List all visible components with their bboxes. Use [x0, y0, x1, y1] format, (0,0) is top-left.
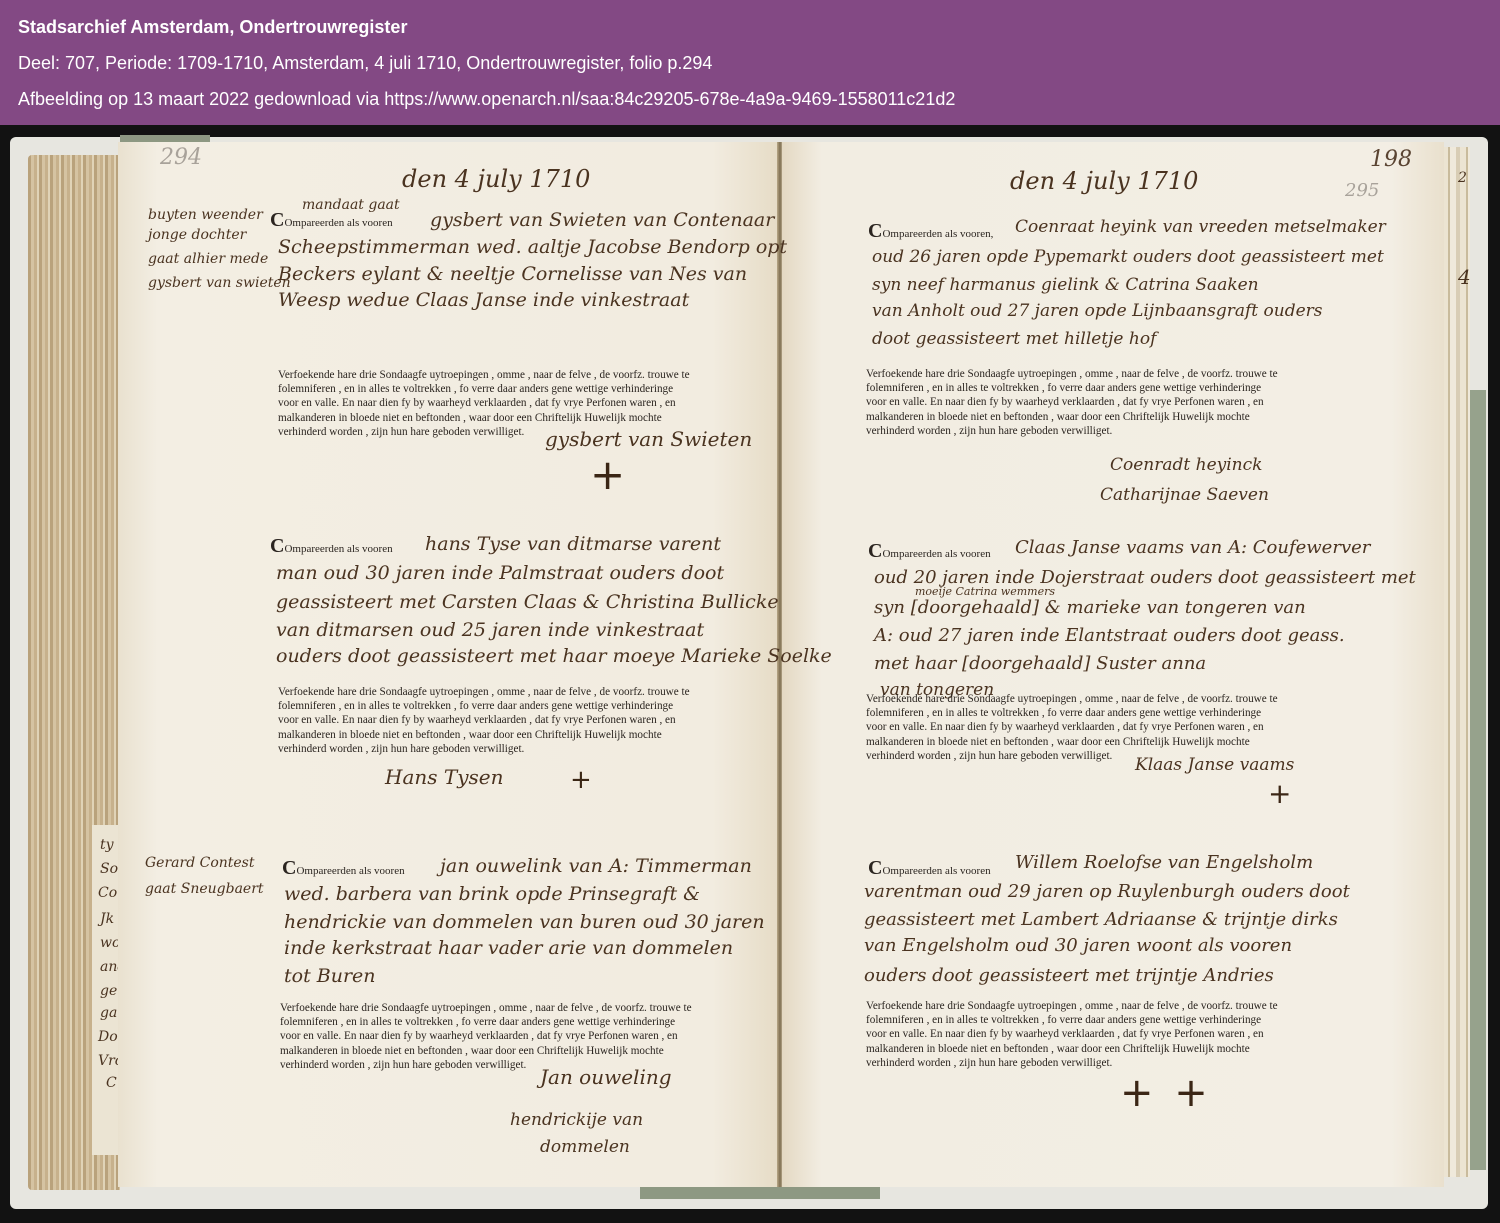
- record-details: Deel: 707, Periode: 1709-1710, Amsterdam…: [18, 53, 712, 74]
- signature: Hans Tysen: [385, 765, 504, 789]
- folio-number: 294: [160, 145, 202, 170]
- compareerden-label: COmpareerden als vooren: [868, 540, 991, 563]
- signature: Klaas Janse vaams: [1135, 755, 1294, 775]
- compareerden-label: COmpareerden als vooren: [282, 857, 405, 880]
- cloth-binding: [1470, 390, 1486, 1170]
- compareerden-label: COmpareerden als vooren: [868, 857, 991, 880]
- entry-date: den 4 july 1710: [1010, 167, 1198, 195]
- edge-mark: 4: [1458, 265, 1471, 289]
- compareerden-label: COmpareerden als vooren,: [868, 220, 993, 243]
- cross-mark: +: [590, 450, 625, 499]
- signature: Coenradt heyinck: [1110, 455, 1262, 475]
- edge-mark: 2: [1458, 170, 1467, 186]
- signature: dommelen: [540, 1137, 630, 1157]
- register-scan: ty So Con Jk wo and ge ga Do Vro C 294 d…: [0, 125, 1500, 1223]
- cross-mark: + +: [1120, 1070, 1212, 1116]
- compareerden-label: COmpareerden als vooren: [270, 535, 393, 558]
- folio-number: 198: [1370, 147, 1412, 172]
- printed-formula: Verfoekende hare drie Sondaagfe uytroepi…: [278, 685, 690, 756]
- cross-mark: +: [1268, 777, 1291, 810]
- signature: Catharijnae Saeven: [1100, 485, 1269, 505]
- cloth-binding: [640, 1185, 880, 1199]
- printed-formula: Verfoekende hare drie Sondaagfe uytroepi…: [866, 367, 1278, 438]
- entry-date: den 4 july 1710: [402, 165, 590, 193]
- pencil-folio-number: 295: [1345, 180, 1379, 201]
- archive-title: Stadsarchief Amsterdam, Ondertrouwregist…: [18, 17, 407, 38]
- printed-formula: Verfoekende hare drie Sondaagfe uytroepi…: [866, 999, 1278, 1070]
- signature: Jan ouweling: [540, 1065, 672, 1089]
- printed-formula: Verfoekende hare drie Sondaagfe uytroepi…: [280, 1001, 692, 1072]
- signature: gysbert van Swieten: [545, 427, 752, 451]
- signature: hendrickije van: [510, 1110, 643, 1130]
- source-line: Afbeelding op 13 maart 2022 gedownload v…: [18, 89, 955, 110]
- cross-mark: +: [570, 765, 592, 795]
- compareerden-label: COmpareerden als vooren: [270, 209, 393, 232]
- printed-formula: Verfoekende hare drie Sondaagfe uytroepi…: [866, 692, 1278, 763]
- archive-header: Stadsarchief Amsterdam, Ondertrouwregist…: [0, 0, 1500, 125]
